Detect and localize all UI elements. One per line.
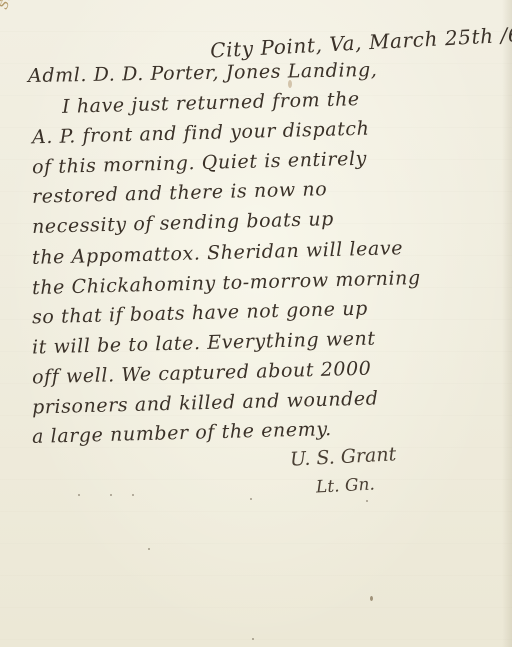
paper-stain: [288, 80, 292, 88]
signature-title: Lt. Gn.: [316, 474, 376, 497]
signature: U. S. Grant: [289, 443, 396, 471]
body-line: a large number of the enemy.: [32, 418, 332, 448]
body-line: prisoners and killed and wounded: [32, 387, 379, 418]
docket-stroke: [0, 0, 4, 64]
paper-speck: [78, 494, 80, 496]
body-line: necessity of sending boats up: [32, 208, 334, 238]
body-line: restored and there is now no: [32, 178, 328, 208]
letter-salutation: Adml. D. D. Porter, Jones Landing,: [28, 59, 378, 87]
body-line: I have just returned from the: [62, 88, 360, 118]
page-edge-shadow: [502, 0, 512, 647]
paper-speck: [250, 498, 252, 500]
paper-speck: [366, 500, 368, 502]
body-line: of this morning. Quiet is entirely: [32, 148, 367, 179]
paper-speck: [132, 494, 134, 496]
body-line: it will be to late. Everything went: [32, 328, 376, 359]
paper-speck: [110, 494, 112, 496]
docket-note: Sent: [0, 0, 22, 12]
letter-page: Sent City Point, Va, March 25th /65 Adml…: [0, 0, 512, 647]
body-line: the Chickahominy to-morrow morning: [32, 267, 421, 299]
body-line: A. P. front and find your dispatch: [32, 118, 370, 149]
body-line: the Appomattox. Sheridan will leave: [32, 237, 404, 269]
body-line: so that if boats have not gone up: [32, 298, 368, 329]
letter-heading: City Point, Va, March 25th /65: [210, 22, 512, 63]
paper-speck: [148, 548, 150, 550]
body-line: off well. We captured about 2000: [32, 358, 372, 389]
paper-stain: [370, 596, 373, 601]
paper-speck: [252, 638, 254, 640]
